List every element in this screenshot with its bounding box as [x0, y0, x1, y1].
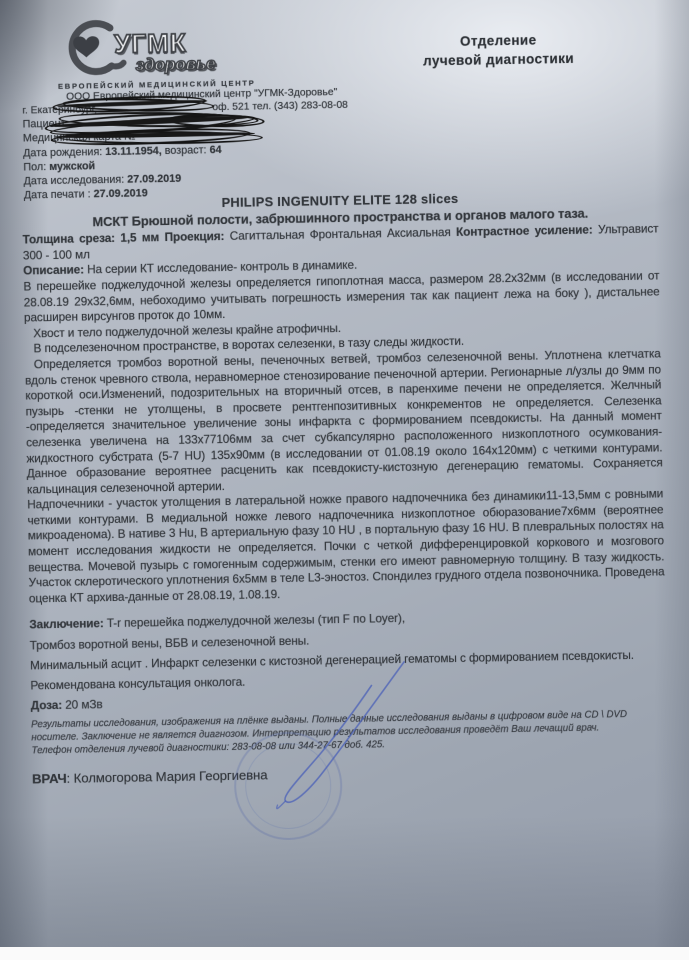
department-title: Отделение лучевой диагностики [391, 29, 606, 71]
study-date-label: Дата исследования: [24, 174, 125, 188]
text-segment: Рекомендована консультация онколога. [30, 674, 245, 692]
text-segment: Сагиттальная Фронтальная Аксиальная [224, 225, 456, 243]
redaction-scribble-address [52, 94, 222, 112]
text-segment: Контрастное усиление: [456, 223, 593, 239]
clinic-logo: УГМК УГМК здоровье здоровье [53, 12, 234, 85]
birth-label: Дата рождения: [23, 146, 102, 159]
birth-value: 13.11.1954, [105, 145, 162, 158]
sex-label: Пол: [23, 161, 46, 173]
doctor-signature [259, 647, 422, 820]
department-line-2: лучевой диагностики [391, 48, 605, 71]
text-segment: Проекция: [164, 229, 224, 244]
text-segment: Заключение: [29, 617, 104, 632]
logo-heart-icon [73, 36, 99, 57]
age-value: 64 [209, 144, 221, 156]
report-paragraph: Определяется тромбоз воротной вены, пече… [25, 346, 663, 497]
report-paragraph: Надпочечники - участок утолщения в латер… [27, 487, 665, 607]
text-segment: T-r перешейка поджелудочной железы (тип … [104, 611, 406, 630]
text-segment: Определяется тромбоз воротной вены, пече… [25, 346, 663, 496]
text-segment: Описание: [23, 263, 84, 278]
sex-value: мужской [49, 160, 95, 173]
text-segment: Надпочечники - участок утолщения в латер… [27, 487, 665, 606]
text-segment: 20 мЗв [62, 697, 103, 712]
text-segment: Доза: [31, 698, 63, 713]
photo-backdrop: УГМК УГМК здоровье здоровье ЕВРОПЕЙСКИЙ … [0, 0, 689, 960]
study-date-value: 27.09.2019 [127, 173, 181, 186]
text-segment: 1,5 мм [120, 230, 164, 245]
document-page: УГМК УГМК здоровье здоровье ЕВРОПЕЙСКИЙ … [0, 0, 689, 960]
photo-bottom-edge [0, 947, 689, 960]
age-label: возраст: [165, 144, 207, 157]
text-segment: Толщина среза: [23, 231, 121, 247]
doctor-label: ВРАЧ [32, 771, 67, 787]
logo-sub-text: здоровье [135, 54, 215, 74]
body-paragraphs: Толщина среза: 1,5 мм Проекция: Сагиттал… [23, 222, 665, 607]
redaction-scribble-card [51, 125, 266, 145]
